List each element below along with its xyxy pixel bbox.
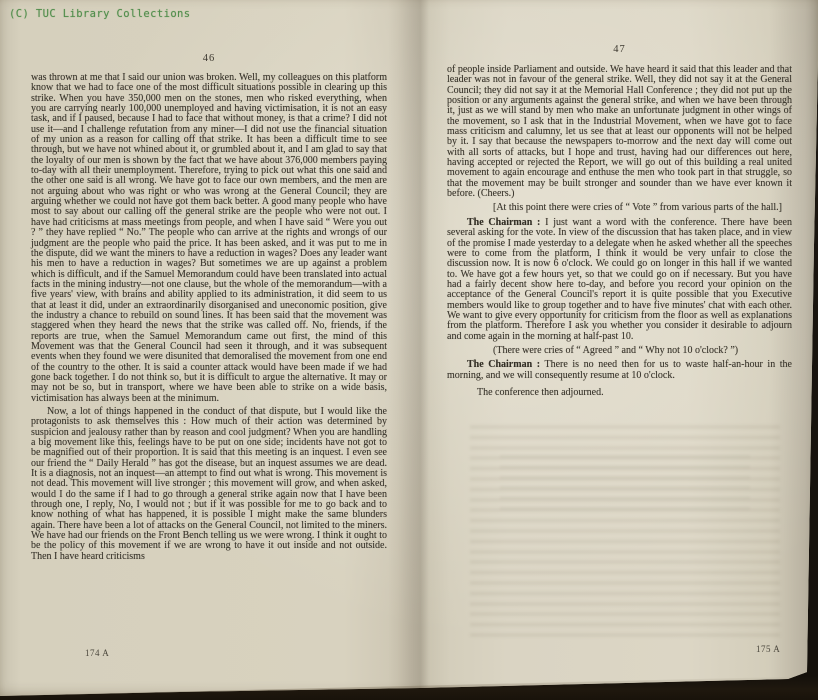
page-number-right: 47 — [447, 44, 792, 55]
adjournment-note: The conference then adjourned. — [477, 388, 792, 398]
speaker-label: The Chairman : — [467, 359, 540, 370]
speech-text: I just want a word with the conference. … — [447, 217, 792, 342]
stage-note: [At this point there were cries of “ Vot… — [477, 203, 792, 213]
book-spread: 46 was thrown at me that I said our unio… — [0, 0, 818, 700]
chairman-speech-2: The Chairman : There is no need then for… — [447, 360, 792, 381]
page-showthrough — [470, 425, 780, 640]
cries-note: (There were cries of “ Agreed ” and “ Wh… — [493, 346, 792, 356]
page-showthrough — [500, 455, 750, 515]
library-watermark: (C) TUC Library Collections — [9, 8, 190, 20]
page-number-left: 46 — [31, 53, 387, 64]
book-gutter-shadow — [388, 0, 450, 690]
scanned-book-photo: 46 was thrown at me that I said our unio… — [0, 0, 818, 700]
chairman-speech-1: The Chairman : I just want a word with t… — [447, 218, 792, 342]
folio-left: 174 A — [85, 648, 109, 658]
page-right: 47 of people inside Parliament and outsi… — [447, 0, 792, 398]
paragraph: of people inside Parliament and outside.… — [447, 65, 792, 199]
folio-right: 175 A — [756, 644, 780, 654]
paragraph: Now, a lot of things happened in the con… — [31, 407, 387, 562]
page-left: 46 was thrown at me that I said our unio… — [31, 0, 387, 565]
paragraph: was thrown at me that I said our union w… — [31, 73, 387, 404]
